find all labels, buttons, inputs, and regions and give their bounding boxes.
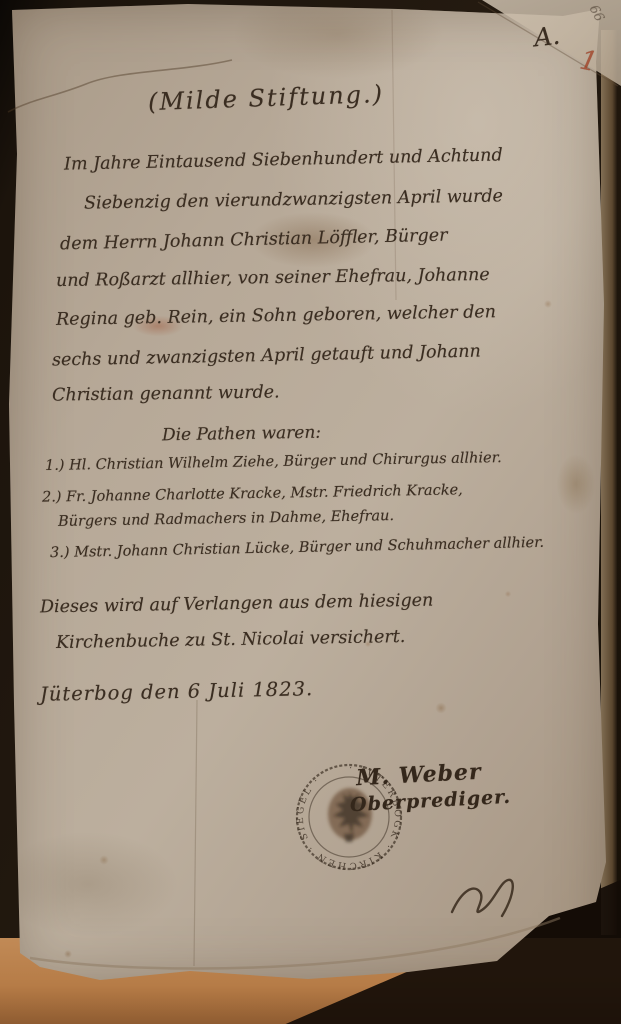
photo-of-manuscript: 66 A. 1 (Milde Stiftung.) Im Jahre Einta… [0,0,621,1024]
godparents-heading: Die Pathen waren: [162,423,321,446]
body-line: Christian genannt wurde. [52,382,280,405]
archival-letter-mark: A. [533,21,562,53]
